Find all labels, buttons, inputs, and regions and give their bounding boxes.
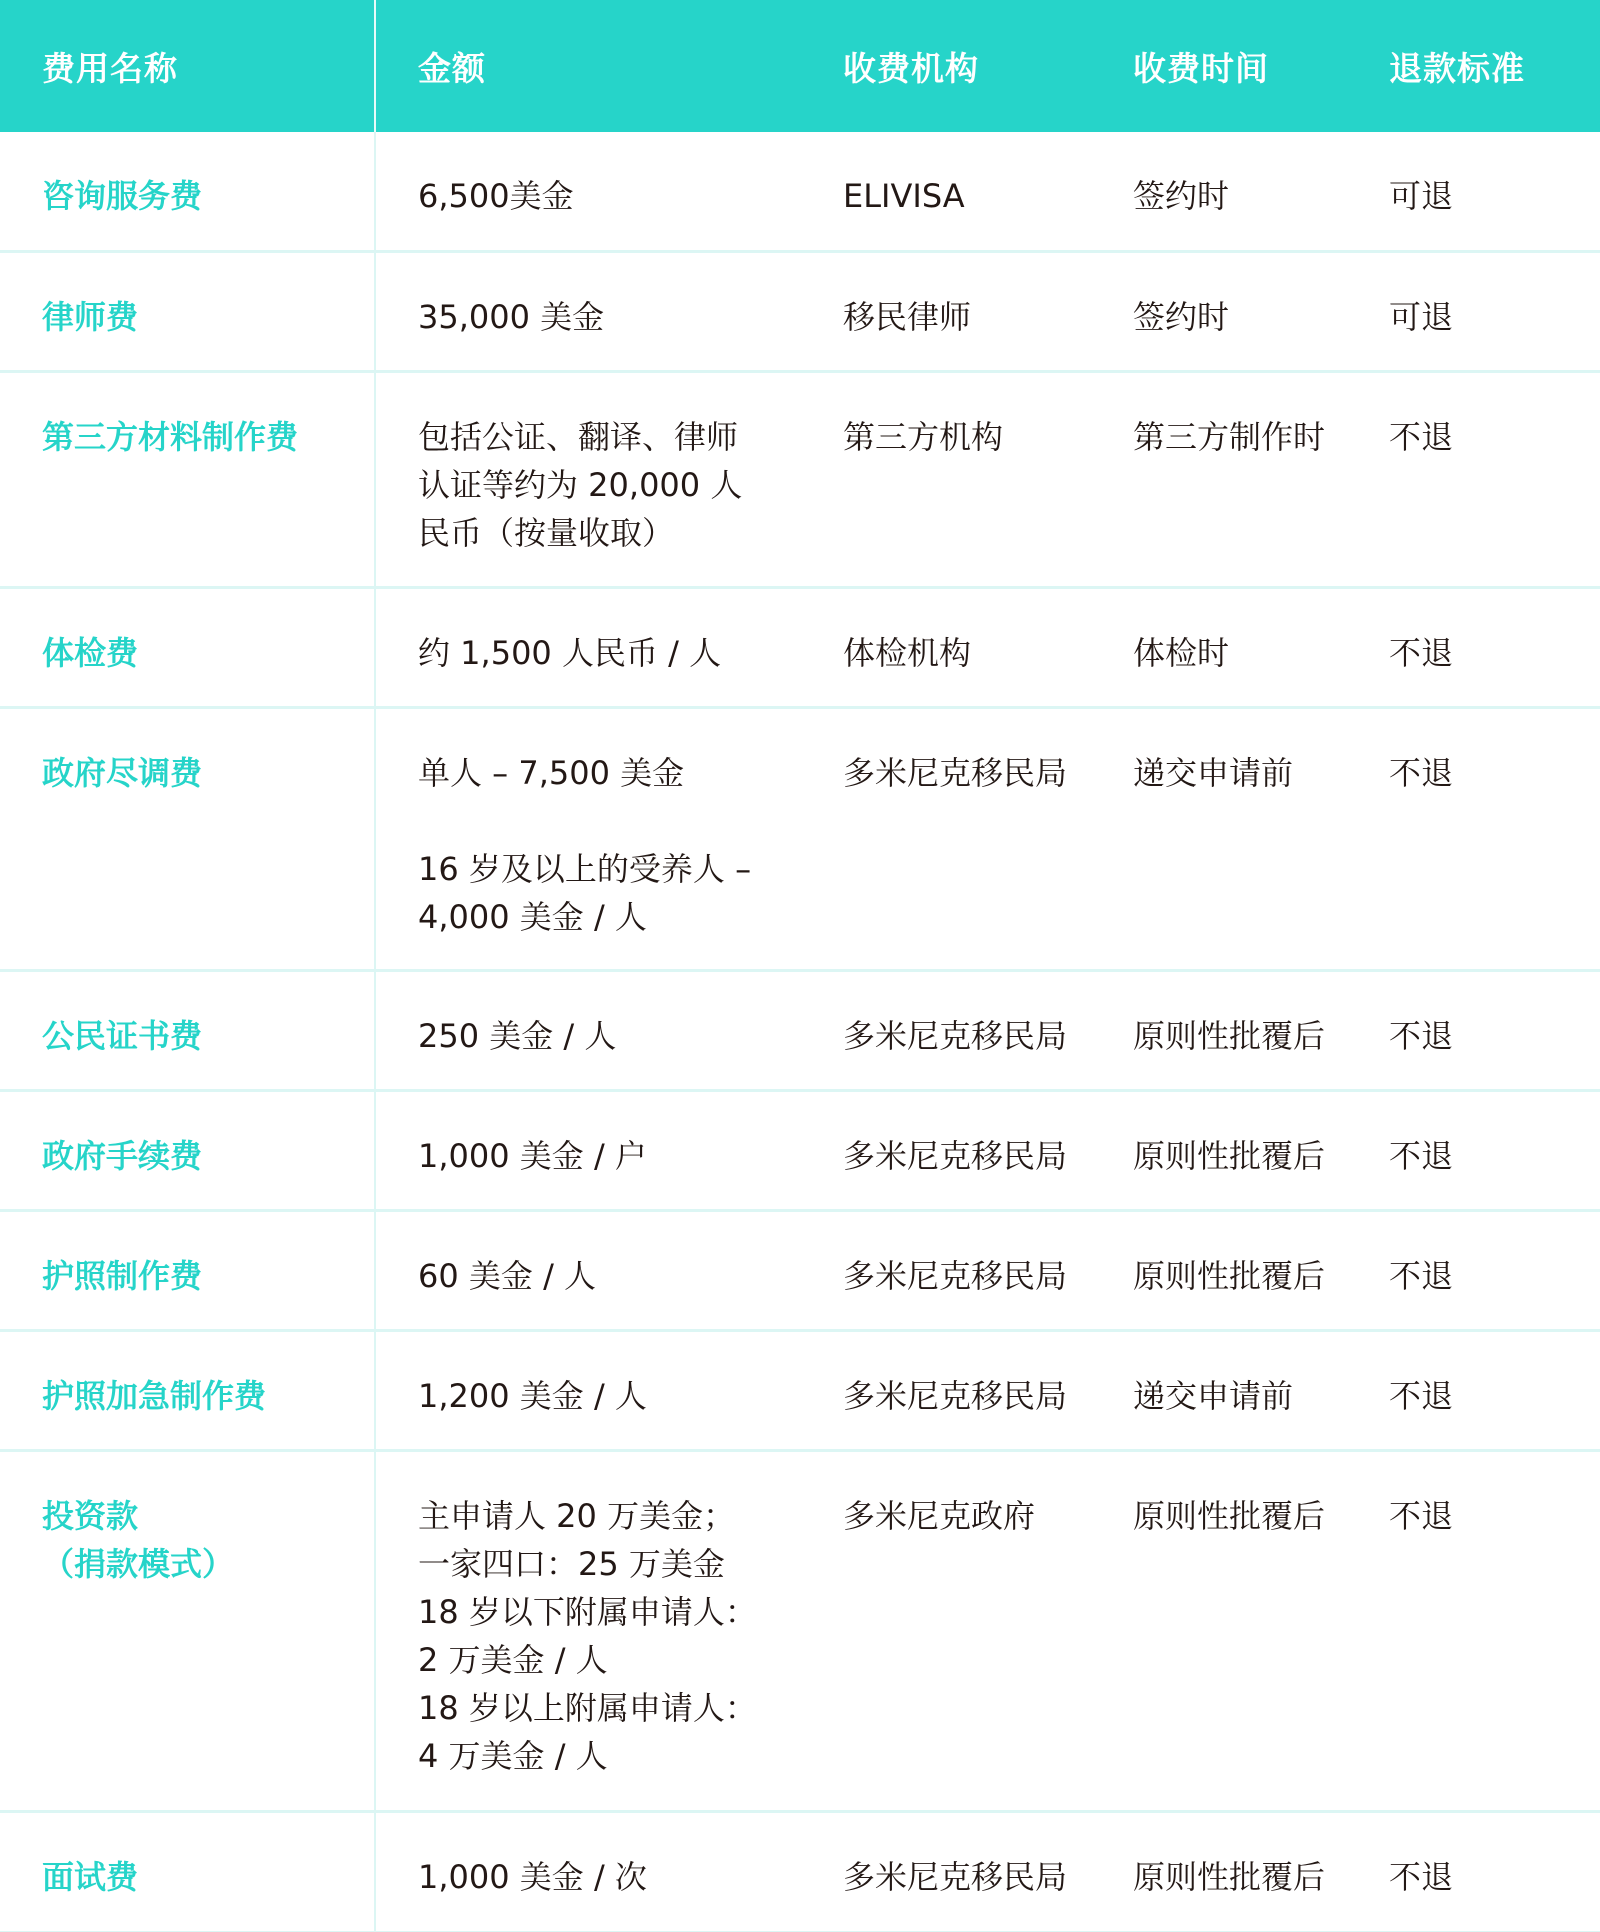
amount-cell: 60 美金 / 人 <box>375 1210 825 1330</box>
amount-cell-line: 认证等约为 20,000 人 <box>418 461 815 509</box>
table-row: 护照制作费60 美金 / 人多米尼克移民局原则性批覆后不退 <box>0 1210 1600 1330</box>
amount-cell-line: 18 岁以下附属申请人： <box>418 1588 815 1636</box>
charge-time-cell: 体检时 <box>1115 587 1371 707</box>
table-row: 律师费35,000 美金移民律师签约时可退 <box>0 251 1600 371</box>
organization-cell: 多米尼克移民局 <box>825 1210 1115 1330</box>
refund-cell: 不退 <box>1371 1450 1600 1811</box>
charge-time-cell: 签约时 <box>1115 132 1371 251</box>
charge-time-cell: 第三方制作时 <box>1115 371 1371 587</box>
fee-name-cell: 护照制作费 <box>0 1210 375 1330</box>
amount-cell-line: 35,000 美金 <box>418 293 815 341</box>
table-row: 投资款（捐款模式）主申请人 20 万美金；一家四口：25 万美金18 岁以下附属… <box>0 1450 1600 1811</box>
amount-cell-line: 250 美金 / 人 <box>418 1012 815 1060</box>
organization-cell: 多米尼克移民局 <box>825 1811 1115 1932</box>
fee-name-cell: 咨询服务费 <box>0 132 375 251</box>
charge-time-cell: 递交申请前 <box>1115 707 1371 970</box>
amount-cell-line: 4 万美金 / 人 <box>418 1732 815 1780</box>
amount-cell-line: 约 1,500 人民币 / 人 <box>418 629 815 677</box>
charge-time-cell: 原则性批覆后 <box>1115 1210 1371 1330</box>
amount-cell-line: 16 岁及以上的受养人 – <box>418 845 815 893</box>
charge-time-cell: 递交申请前 <box>1115 1330 1371 1450</box>
amount-cell-line: 4,000 美金 / 人 <box>418 893 815 941</box>
amount-cell-line: 民币（按量收取） <box>418 509 815 557</box>
fee-name-cell-line: （捐款模式） <box>42 1540 364 1588</box>
amount-cell: 单人 – 7,500 美金16 岁及以上的受养人 –4,000 美金 / 人 <box>375 707 825 970</box>
table-row: 护照加急制作费1,200 美金 / 人多米尼克移民局递交申请前不退 <box>0 1330 1600 1450</box>
fee-name-cell: 公民证书费 <box>0 970 375 1090</box>
table-row: 政府尽调费单人 – 7,500 美金16 岁及以上的受养人 –4,000 美金 … <box>0 707 1600 970</box>
table-row: 公民证书费250 美金 / 人多米尼克移民局原则性批覆后不退 <box>0 970 1600 1090</box>
amount-cell: 包括公证、翻译、律师认证等约为 20,000 人民币（按量收取） <box>375 371 825 587</box>
fee-name-cell: 投资款（捐款模式） <box>0 1450 375 1811</box>
amount-cell-line: 6,500美金 <box>418 172 815 220</box>
fee-name-cell: 第三方材料制作费 <box>0 371 375 587</box>
refund-cell: 不退 <box>1371 1210 1600 1330</box>
amount-cell: 1,200 美金 / 人 <box>375 1330 825 1450</box>
amount-cell-line: 2 万美金 / 人 <box>418 1636 815 1684</box>
table-row: 第三方材料制作费包括公证、翻译、律师认证等约为 20,000 人民币（按量收取）… <box>0 371 1600 587</box>
fee-name-cell: 体检费 <box>0 587 375 707</box>
charge-time-cell: 原则性批覆后 <box>1115 1450 1371 1811</box>
organization-cell: 体检机构 <box>825 587 1115 707</box>
amount-cell: 主申请人 20 万美金；一家四口：25 万美金18 岁以下附属申请人：2 万美金… <box>375 1450 825 1811</box>
amount-cell-line <box>418 797 815 845</box>
fee-name-cell-line: 政府手续费 <box>42 1132 364 1180</box>
refund-cell: 可退 <box>1371 251 1600 371</box>
header-organization: 收费机构 <box>825 0 1115 132</box>
charge-time-cell: 签约时 <box>1115 251 1371 371</box>
charge-time-cell: 原则性批覆后 <box>1115 1090 1371 1210</box>
amount-cell-line: 60 美金 / 人 <box>418 1252 815 1300</box>
refund-cell: 不退 <box>1371 1330 1600 1450</box>
organization-cell: 多米尼克移民局 <box>825 707 1115 970</box>
organization-cell: 多米尼克移民局 <box>825 970 1115 1090</box>
organization-cell: 移民律师 <box>825 251 1115 371</box>
refund-cell: 不退 <box>1371 1090 1600 1210</box>
header-amount: 金额 <box>375 0 825 132</box>
charge-time-cell: 原则性批覆后 <box>1115 1811 1371 1932</box>
fee-name-cell-line: 公民证书费 <box>42 1012 364 1060</box>
refund-cell: 不退 <box>1371 587 1600 707</box>
fee-name-cell-line: 咨询服务费 <box>42 172 364 220</box>
amount-cell: 约 1,500 人民币 / 人 <box>375 587 825 707</box>
fee-name-cell-line: 第三方材料制作费 <box>42 413 364 461</box>
amount-cell-line: 18 岁以上附属申请人： <box>418 1684 815 1732</box>
refund-cell: 不退 <box>1371 371 1600 587</box>
table-row: 政府手续费1,000 美金 / 户多米尼克移民局原则性批覆后不退 <box>0 1090 1600 1210</box>
refund-cell: 不退 <box>1371 970 1600 1090</box>
amount-cell: 35,000 美金 <box>375 251 825 371</box>
fee-name-cell: 政府手续费 <box>0 1090 375 1210</box>
header-refund-policy: 退款标准 <box>1371 0 1600 132</box>
amount-cell-line: 1,000 美金 / 次 <box>418 1853 815 1901</box>
fee-name-cell-line: 政府尽调费 <box>42 749 364 797</box>
header-charge-time: 收费时间 <box>1115 0 1371 132</box>
header-fee-name: 费用名称 <box>0 0 375 132</box>
fee-name-cell: 面试费 <box>0 1811 375 1932</box>
refund-cell: 可退 <box>1371 132 1600 251</box>
amount-cell: 250 美金 / 人 <box>375 970 825 1090</box>
amount-cell: 6,500美金 <box>375 132 825 251</box>
fee-name-cell-line: 投资款 <box>42 1492 364 1540</box>
amount-cell: 1,000 美金 / 户 <box>375 1090 825 1210</box>
amount-cell-line: 单人 – 7,500 美金 <box>418 749 815 797</box>
amount-cell-line: 包括公证、翻译、律师 <box>418 413 815 461</box>
organization-cell: ELIVISA <box>825 132 1115 251</box>
fee-name-cell: 护照加急制作费 <box>0 1330 375 1450</box>
table-header: 费用名称 金额 收费机构 收费时间 退款标准 <box>0 0 1600 132</box>
fee-name-cell: 政府尽调费 <box>0 707 375 970</box>
refund-cell: 不退 <box>1371 707 1600 970</box>
header-row: 费用名称 金额 收费机构 收费时间 退款标准 <box>0 0 1600 132</box>
amount-cell-line: 1,000 美金 / 户 <box>418 1132 815 1180</box>
organization-cell: 多米尼克移民局 <box>825 1330 1115 1450</box>
organization-cell: 多米尼克政府 <box>825 1450 1115 1811</box>
table-row: 面试费1,000 美金 / 次多米尼克移民局原则性批覆后不退 <box>0 1811 1600 1932</box>
fee-name-cell: 律师费 <box>0 251 375 371</box>
fee-table: 费用名称 金额 收费机构 收费时间 退款标准 咨询服务费6,500美金ELIVI… <box>0 0 1600 1932</box>
amount-cell: 1,000 美金 / 次 <box>375 1811 825 1932</box>
fee-name-cell-line: 护照制作费 <box>42 1252 364 1300</box>
charge-time-cell: 原则性批覆后 <box>1115 970 1371 1090</box>
fee-name-cell-line: 护照加急制作费 <box>42 1372 364 1420</box>
table-row: 体检费约 1,500 人民币 / 人体检机构体检时不退 <box>0 587 1600 707</box>
fee-name-cell-line: 律师费 <box>42 293 364 341</box>
table-row: 咨询服务费6,500美金ELIVISA签约时可退 <box>0 132 1600 251</box>
refund-cell: 不退 <box>1371 1811 1600 1932</box>
fee-name-cell-line: 面试费 <box>42 1853 364 1901</box>
organization-cell: 第三方机构 <box>825 371 1115 587</box>
table-body: 咨询服务费6,500美金ELIVISA签约时可退律师费35,000 美金移民律师… <box>0 132 1600 1932</box>
organization-cell: 多米尼克移民局 <box>825 1090 1115 1210</box>
amount-cell-line: 一家四口：25 万美金 <box>418 1540 815 1588</box>
amount-cell-line: 主申请人 20 万美金； <box>418 1492 815 1540</box>
amount-cell-line: 1,200 美金 / 人 <box>418 1372 815 1420</box>
fee-name-cell-line: 体检费 <box>42 629 364 677</box>
